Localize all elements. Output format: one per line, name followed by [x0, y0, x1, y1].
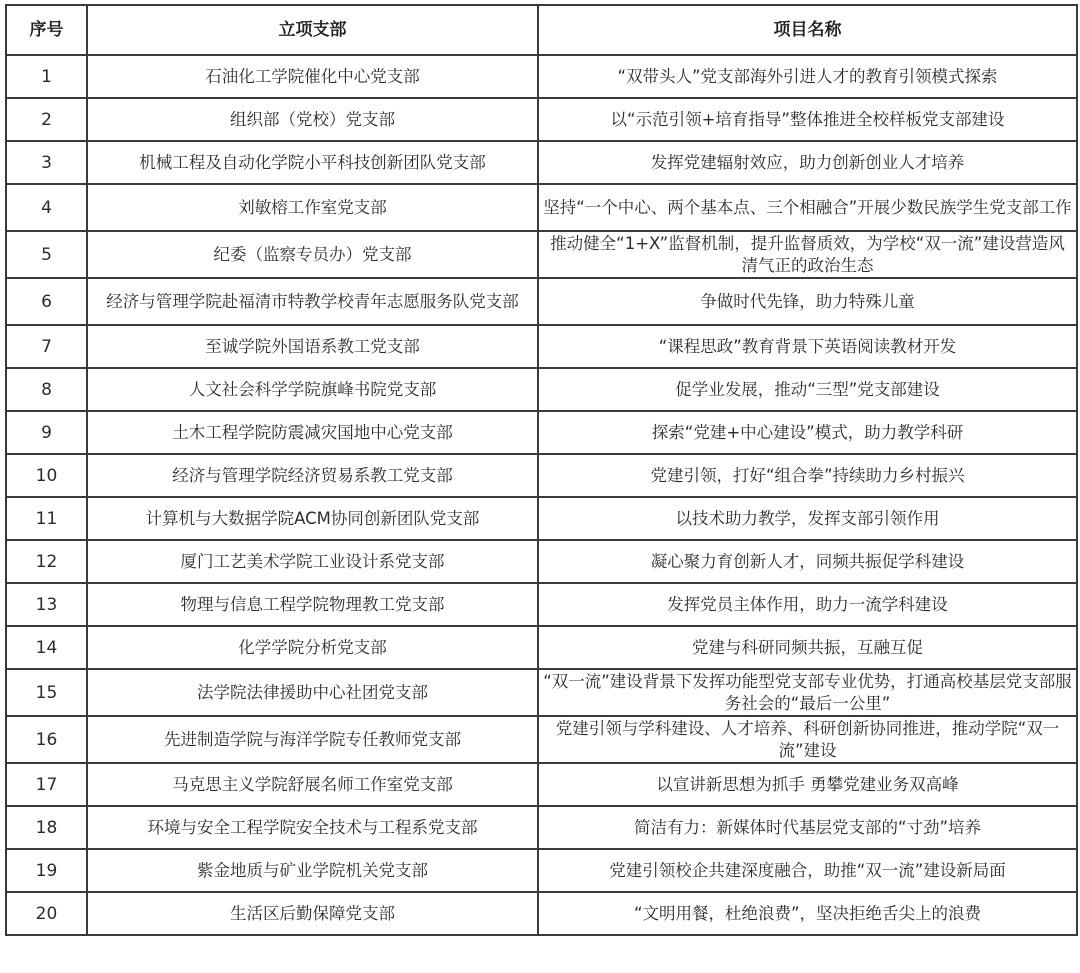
branch-cell: 法学院法律援助中心社团党支部: [87, 669, 538, 716]
row-number: 11: [6, 497, 87, 540]
table-row: 14化学学院分析党支部党建与科研同频共振，互融互促: [6, 626, 1077, 669]
row-number: 3: [6, 141, 87, 184]
project-cell: 推动健全“1+X”监督机制，提升监督质效，为学校“双一流”建设营造风清气正的政治…: [538, 231, 1077, 278]
branch-cell: 经济与管理学院经济贸易系教工党支部: [87, 454, 538, 497]
table-row: 13物理与信息工程学院物理教工党支部发挥党员主体作用，助力一流学科建设: [6, 583, 1077, 626]
row-number: 12: [6, 540, 87, 583]
row-number: 15: [6, 669, 87, 716]
project-cell: “双带头人”党支部海外引进人才的教育引领模式探索: [538, 55, 1077, 98]
table-row: 18环境与安全工程学院安全技术与工程系党支部简洁有力：新媒体时代基层党支部的“寸…: [6, 806, 1077, 849]
branch-cell: 马克思主义学院舒展名师工作室党支部: [87, 763, 538, 806]
row-number: 17: [6, 763, 87, 806]
project-cell: 探索“党建+中心建设”模式，助力教学科研: [538, 411, 1077, 454]
branch-cell: 人文社会科学学院旗峰书院党支部: [87, 368, 538, 411]
row-number: 1: [6, 55, 87, 98]
project-cell: 以宣讲新思想为抓手 勇攀党建业务双高峰: [538, 763, 1077, 806]
table-row: 15法学院法律援助中心社团党支部“双一流”建设背景下发挥功能型党支部专业优势，打…: [6, 669, 1077, 716]
table-row: 10经济与管理学院经济贸易系教工党支部党建引领，打好“组合拳”持续助力乡村振兴: [6, 454, 1077, 497]
table-row: 19紫金地质与矿业学院机关党支部党建引领校企共建深度融合，助推“双一流”建设新局…: [6, 849, 1077, 892]
table-row: 3机械工程及自动化学院小平科技创新团队党支部发挥党建辐射效应，助力创新创业人才培…: [6, 141, 1077, 184]
project-cell: 争做时代先锋，助力特殊儿童: [538, 278, 1077, 325]
table-row: 5纪委（监察专员办）党支部推动健全“1+X”监督机制，提升监督质效，为学校“双一…: [6, 231, 1077, 278]
project-table-container: 序号 立项支部 项目名称 1石油化工学院催化中心党支部“双带头人”党支部海外引进…: [5, 4, 1078, 936]
table-row: 11计算机与大数据学院ACM协同创新团队党支部以技术助力教学，发挥支部引领作用: [6, 497, 1077, 540]
header-row: 序号 立项支部 项目名称: [6, 5, 1077, 55]
project-cell: 以“示范引领+培育指导”整体推进全校样板党支部建设: [538, 98, 1077, 141]
table-row: 16先进制造学院与海洋学院专任教师党支部党建引领与学科建设、人才培养、科研创新协…: [6, 716, 1077, 763]
project-cell: 凝心聚力育创新人才，同频共振促学科建设: [538, 540, 1077, 583]
branch-cell: 厦门工艺美术学院工业设计系党支部: [87, 540, 538, 583]
project-cell: 发挥党员主体作用，助力一流学科建设: [538, 583, 1077, 626]
branch-cell: 经济与管理学院赴福清市特教学校青年志愿服务队党支部: [87, 278, 538, 325]
branch-cell: 紫金地质与矿业学院机关党支部: [87, 849, 538, 892]
project-table: 序号 立项支部 项目名称 1石油化工学院催化中心党支部“双带头人”党支部海外引进…: [5, 4, 1078, 936]
table-row: 7至诚学院外国语系教工党支部“课程思政”教育背景下英语阅读教材开发: [6, 325, 1077, 368]
row-number: 8: [6, 368, 87, 411]
project-cell: “课程思政”教育背景下英语阅读教材开发: [538, 325, 1077, 368]
project-cell: 坚持“一个中心、两个基本点、三个相融合”开展少数民族学生党支部工作: [538, 184, 1077, 231]
row-number: 7: [6, 325, 87, 368]
project-cell: 发挥党建辐射效应，助力创新创业人才培养: [538, 141, 1077, 184]
table-row: 2组织部（党校）党支部以“示范引领+培育指导”整体推进全校样板党支部建设: [6, 98, 1077, 141]
branch-cell: 石油化工学院催化中心党支部: [87, 55, 538, 98]
project-cell: 以技术助力教学，发挥支部引领作用: [538, 497, 1077, 540]
project-cell: 简洁有力：新媒体时代基层党支部的“寸劲”培养: [538, 806, 1077, 849]
row-number: 18: [6, 806, 87, 849]
branch-cell: 至诚学院外国语系教工党支部: [87, 325, 538, 368]
table-row: 8人文社会科学学院旗峰书院党支部促学业发展，推动“三型”党支部建设: [6, 368, 1077, 411]
row-number: 19: [6, 849, 87, 892]
row-number: 6: [6, 278, 87, 325]
row-number: 5: [6, 231, 87, 278]
table-row: 4刘敏榕工作室党支部坚持“一个中心、两个基本点、三个相融合”开展少数民族学生党支…: [6, 184, 1077, 231]
header-branch: 立项支部: [87, 5, 538, 55]
branch-cell: 生活区后勤保障党支部: [87, 892, 538, 935]
row-number: 10: [6, 454, 87, 497]
row-number: 20: [6, 892, 87, 935]
branch-cell: 纪委（监察专员办）党支部: [87, 231, 538, 278]
row-number: 9: [6, 411, 87, 454]
project-cell: 党建引领与学科建设、人才培养、科研创新协同推进，推动学院“双一流”建设: [538, 716, 1077, 763]
row-number: 14: [6, 626, 87, 669]
table-row: 6经济与管理学院赴福清市特教学校青年志愿服务队党支部争做时代先锋，助力特殊儿童: [6, 278, 1077, 325]
branch-cell: 计算机与大数据学院ACM协同创新团队党支部: [87, 497, 538, 540]
row-number: 4: [6, 184, 87, 231]
table-row: 17马克思主义学院舒展名师工作室党支部以宣讲新思想为抓手 勇攀党建业务双高峰: [6, 763, 1077, 806]
table-row: 20生活区后勤保障党支部“文明用餐，杜绝浪费”，坚决拒绝舌尖上的浪费: [6, 892, 1077, 935]
project-cell: 促学业发展，推动“三型”党支部建设: [538, 368, 1077, 411]
branch-cell: 物理与信息工程学院物理教工党支部: [87, 583, 538, 626]
branch-cell: 组织部（党校）党支部: [87, 98, 538, 141]
row-number: 16: [6, 716, 87, 763]
header-number: 序号: [6, 5, 87, 55]
branch-cell: 化学学院分析党支部: [87, 626, 538, 669]
header-project: 项目名称: [538, 5, 1077, 55]
table-row: 9土木工程学院防震减灾国地中心党支部探索“党建+中心建设”模式，助力教学科研: [6, 411, 1077, 454]
branch-cell: 环境与安全工程学院安全技术与工程系党支部: [87, 806, 538, 849]
row-number: 2: [6, 98, 87, 141]
table-row: 12厦门工艺美术学院工业设计系党支部凝心聚力育创新人才，同频共振促学科建设: [6, 540, 1077, 583]
branch-cell: 机械工程及自动化学院小平科技创新团队党支部: [87, 141, 538, 184]
table-row: 1石油化工学院催化中心党支部“双带头人”党支部海外引进人才的教育引领模式探索: [6, 55, 1077, 98]
row-number: 13: [6, 583, 87, 626]
project-cell: “文明用餐，杜绝浪费”，坚决拒绝舌尖上的浪费: [538, 892, 1077, 935]
branch-cell: 土木工程学院防震减灾国地中心党支部: [87, 411, 538, 454]
project-cell: 党建与科研同频共振，互融互促: [538, 626, 1077, 669]
branch-cell: 刘敏榕工作室党支部: [87, 184, 538, 231]
branch-cell: 先进制造学院与海洋学院专任教师党支部: [87, 716, 538, 763]
project-cell: “双一流”建设背景下发挥功能型党支部专业优势，打通高校基层党支部服务社会的“最后…: [538, 669, 1077, 716]
project-cell: 党建引领，打好“组合拳”持续助力乡村振兴: [538, 454, 1077, 497]
project-cell: 党建引领校企共建深度融合，助推“双一流”建设新局面: [538, 849, 1077, 892]
